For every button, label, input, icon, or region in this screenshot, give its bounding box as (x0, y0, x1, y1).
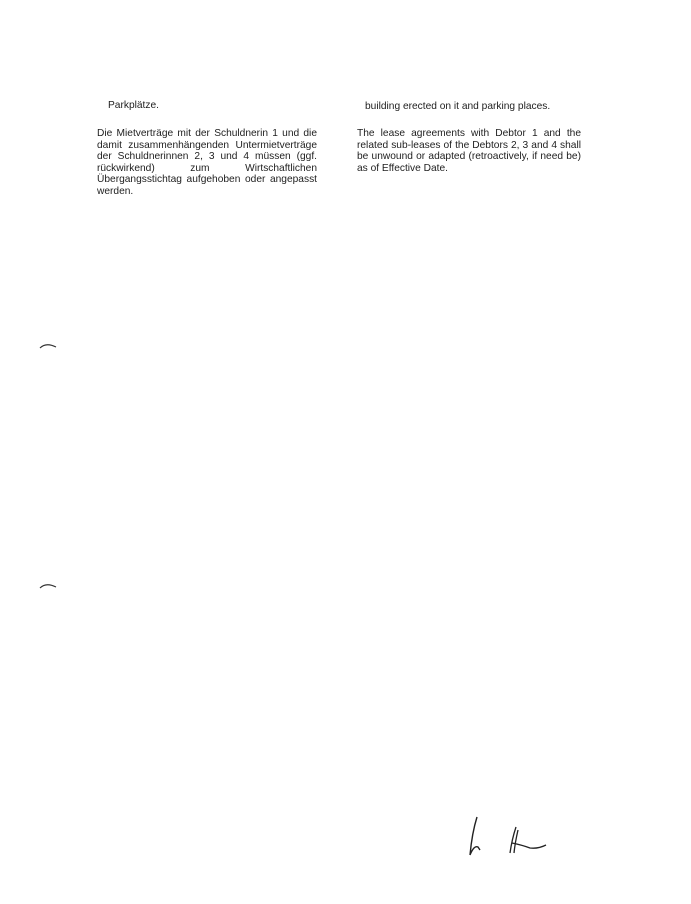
hole-punch-mark-icon (38, 340, 60, 350)
english-paragraph: The lease agreements with Debtor 1 and t… (357, 128, 581, 174)
german-paragraph: Die Mietverträge mit der Schuldnerin 1 u… (97, 128, 317, 198)
signature-icon (460, 815, 560, 865)
english-paragraph-text: The lease agreements with Debtor 1 and t… (357, 128, 581, 174)
right-heading: building erected on it and parking place… (365, 101, 550, 112)
hole-punch-mark-icon (38, 580, 60, 590)
left-heading: Parkplätze. (108, 100, 159, 111)
german-paragraph-text: Die Mietverträge mit der Schuldnerin 1 u… (97, 128, 317, 198)
